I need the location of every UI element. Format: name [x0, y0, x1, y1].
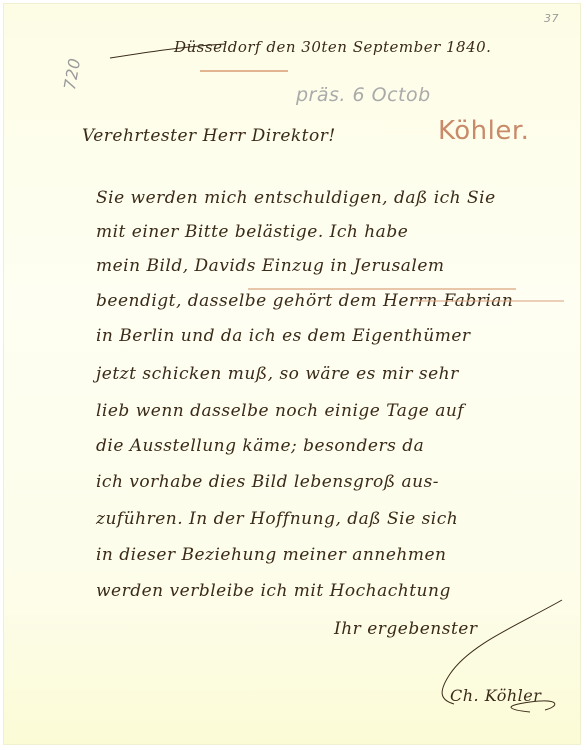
body-line: zuführen. In der Hoffnung, daß Sie sich — [96, 509, 458, 529]
dateline: Düsseldorf den 30ten September 1840. — [174, 38, 491, 56]
body-line: in Berlin und da ich es dem Eigenthümer — [96, 326, 471, 346]
body-line: jetzt schicken muß, so wäre es mir sehr — [96, 364, 459, 384]
red-annotation: Köhler. — [438, 116, 529, 146]
body-line: lieb wenn dasselbe noch einige Tage auf — [96, 401, 464, 421]
body-line: in dieser Beziehung meiner annehmen — [96, 545, 446, 565]
body-line: ich vorhabe dies Bild lebensgroß aus- — [96, 472, 439, 492]
received-note: präs. 6 Octob — [296, 84, 431, 106]
body-line: die Ausstellung käme; besonders da — [96, 436, 424, 456]
red-underline-bild — [248, 288, 516, 290]
dateline-red-underline — [200, 70, 288, 72]
red-underline-fabrian — [416, 300, 564, 302]
salutation: Verehrtester Herr Direktor! — [82, 126, 336, 146]
signature: Ch. Köhler — [450, 686, 541, 705]
body-line: werden verbleibe ich mit Hochachtung — [96, 581, 451, 601]
body-line: mein Bild, Davids Einzug in Jerusalem — [96, 256, 445, 276]
folio-number: 37 — [544, 12, 559, 25]
archive-number: 720 — [60, 56, 84, 91]
letter-page: 720 37 Düsseldorf den 30ten September 18… — [4, 4, 580, 744]
body-line: mit einer Bitte belästige. Ich habe — [96, 222, 408, 242]
body-line: Sie werden mich entschuldigen, daß ich S… — [96, 188, 496, 208]
